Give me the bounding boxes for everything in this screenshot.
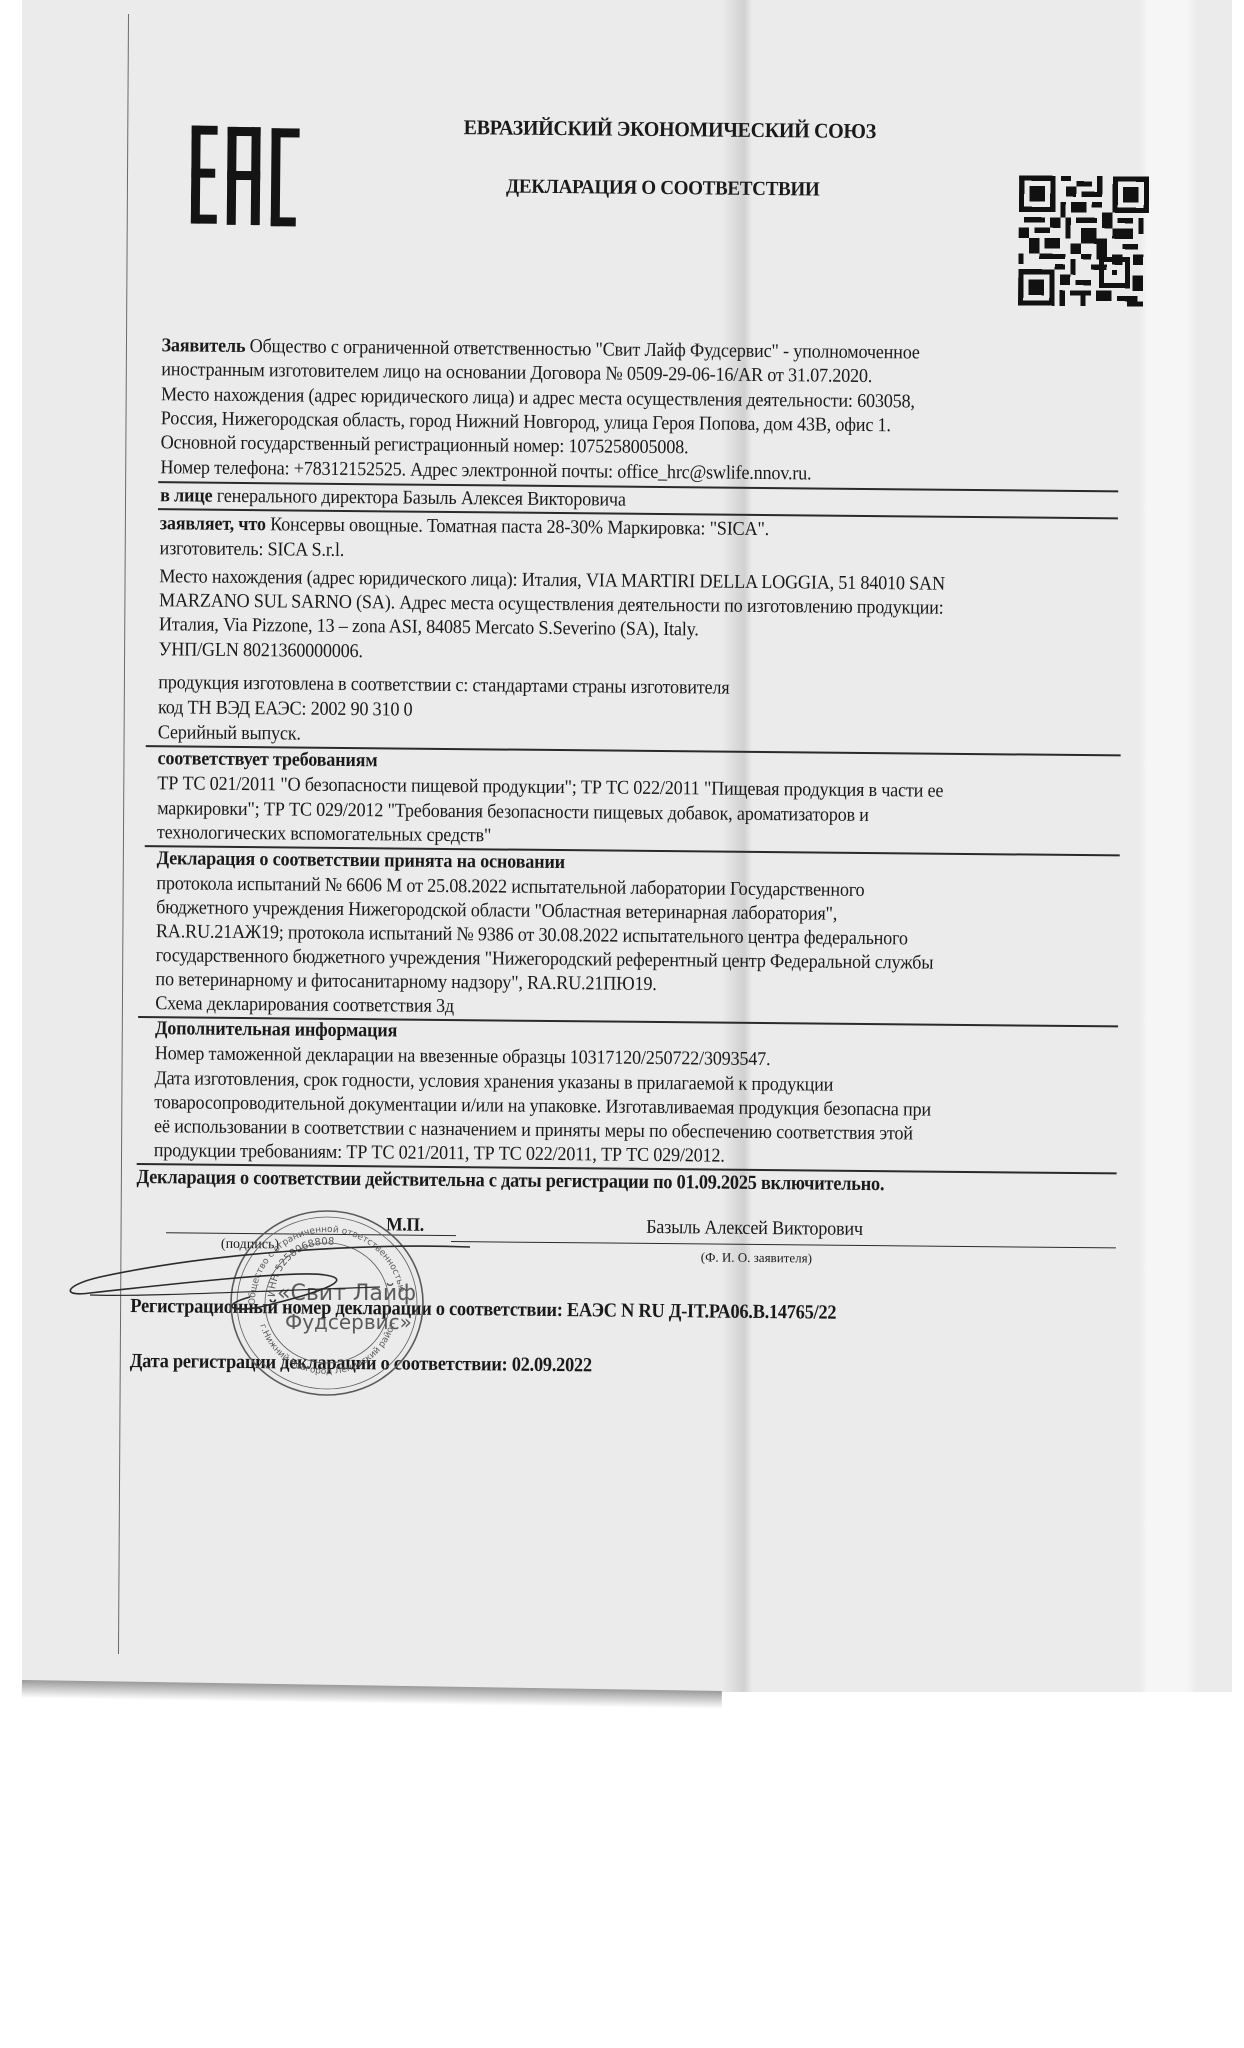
manufacturer: изготовитель: SICA S.r.l. (160, 538, 345, 562)
applicant-full-name: Базыль Алексей Викторович (646, 1217, 863, 1241)
requirements-heading: соответствует требованиям (157, 748, 377, 771)
standards: продукция изготовлена в соответствии с: … (158, 672, 729, 699)
requirements-label: соответствует требованиям (157, 748, 377, 772)
tn-ved-code: код ТН ВЭД ЕАЭС: 2002 90 310 0 (158, 697, 413, 721)
name-caption: (Ф. И. О. заявителя) (701, 1249, 812, 1266)
manufacturer-address-3: Италия, Via Pizzone, 13 – zona ASI, 8408… (159, 614, 699, 641)
qr-code-icon (1018, 173, 1149, 308)
representative-text: генерального директора Базыль Алексея Ви… (217, 486, 626, 511)
basis-label: Декларация о соответствии принята на осн… (157, 848, 566, 874)
applicant-line-5: Основной государственный регистрационный… (161, 432, 689, 459)
serial-release: Серийный выпуск. (158, 722, 301, 745)
gln: УНП/GLN 8021360000006. (159, 639, 363, 663)
union-title: ЕВРАЗИЙСКИЙ ЭКОНОМИЧЕСКИЙ СОЮЗ (464, 115, 876, 144)
applicant-label: Заявитель (161, 335, 245, 357)
applicant-text: Общество с ограниченной ответственностью… (250, 336, 920, 363)
additional-heading: Дополнительная информация (155, 1018, 397, 1041)
registration-number-value: ЕАЭС N RU Д-IT.РА06.В.14765/22 (567, 1299, 836, 1324)
eac-mark-icon (191, 125, 302, 226)
applicant-line-2: иностранным изготовителем лицо на основа… (161, 359, 872, 388)
representative-label: в лице (160, 485, 213, 507)
eac-logo (191, 125, 302, 226)
handwritten-signature-icon (60, 1235, 480, 1325)
product-text: Консервы овощные. Томатная паста 28-30% … (270, 514, 769, 540)
document-content: ЕВРАЗИЙСКИЙ ЭКОНОМИЧЕСКИЙ СОЮЗ ДЕКЛАРАЦИ… (0, 0, 1244, 1711)
declares-product: заявляет, что Консервы овощные. Томатная… (160, 513, 769, 541)
basis-heading: Декларация о соответствии принята на осн… (157, 848, 565, 873)
additional-line-1: Номер таможенной декларации на ввезенные… (155, 1043, 771, 1071)
declares-label: заявляет, что (160, 513, 266, 535)
requirements-line-3: технологических вспомогательных средств" (157, 822, 492, 847)
requirements-line-1: ТР ТС 021/2011 "О безопасности пищевой п… (157, 773, 943, 803)
basis-line-5: по ветеринарному и фитосанитарному надзо… (155, 969, 656, 996)
registration-date-value: 02.09.2022 (512, 1354, 592, 1377)
document-title: ДЕКЛАРАЦИЯ О СООТВЕТСТВИИ (506, 176, 820, 202)
representative: в лице генерального директора Базыль Але… (160, 485, 626, 511)
name-line (451, 1241, 1116, 1249)
declaration-scheme: Схема декларирования соответствия 3д (155, 993, 454, 1018)
additional-label: Дополнительная информация (155, 1018, 397, 1042)
